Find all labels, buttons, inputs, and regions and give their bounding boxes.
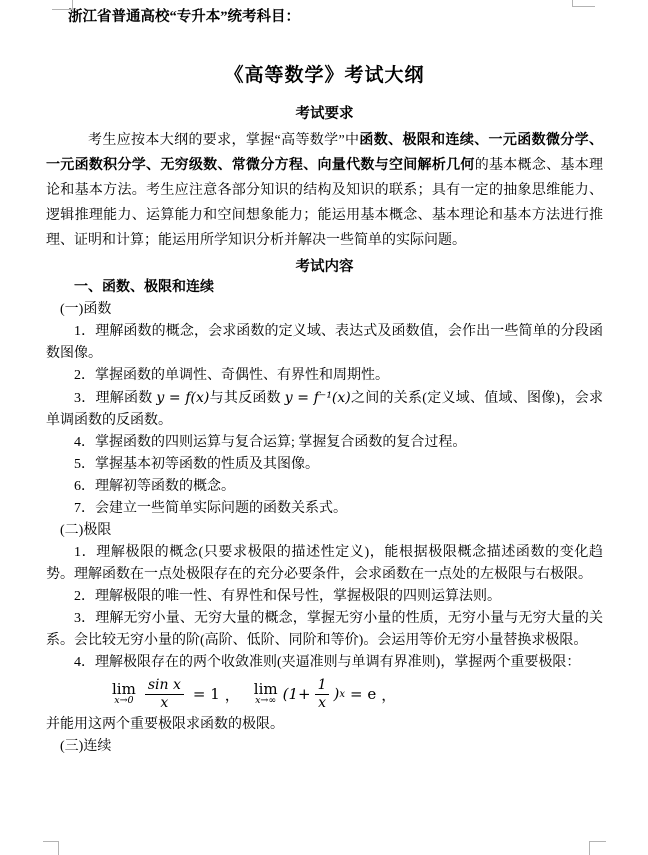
function-item-3-pre: 3．理解函数	[74, 391, 156, 406]
formula-end-comma: ，	[381, 684, 396, 705]
subsection-3-continuity-title: (三)连续	[46, 736, 603, 758]
limit-item-4: 4．理解极限存在的两个收敛准则(夹逼准则与单调有界准则)，掌握两个重要极限：	[46, 652, 603, 674]
lim-subscript-x-to-0: x→0	[114, 696, 133, 706]
open-paren-one-plus: (1+	[283, 685, 311, 703]
fraction-sinx-over-x: sin x x	[145, 677, 184, 711]
crop-mark-bottom-right	[589, 841, 606, 855]
crop-mark-top-left	[52, 0, 73, 10]
document-title: 《高等数学》考试大纲	[46, 62, 603, 90]
lim-subscript-x-to-infinity: x→∞	[255, 696, 276, 706]
inline-math-inverse-function: y = f⁻¹(x)	[285, 390, 351, 406]
function-item-1: 1．理解函数的概念，会求函数的定义域、表达式及函数值，会作出一些简单的分段函数图…	[46, 321, 603, 365]
requirements-paragraph: 考生应按本大纲的要求，掌握“高等数学”中函数、极限和连续、一元函数微分学、一元函…	[46, 128, 603, 253]
limit-item-1: 1．理解极限的概念(只要求极限的描述性定义)，能根据极限概念描述函数的变化趋势。…	[46, 542, 603, 586]
crop-mark-top-right	[572, 0, 595, 7]
limit-operator-2: lim x→∞	[254, 682, 278, 706]
function-item-3-mid: 与其反函数	[209, 391, 284, 406]
intro-segment-1: 考生应按本大纲的要求，掌握“高等数学”中	[88, 133, 359, 148]
chapter-1-title: 一、函数、极限和连续	[46, 277, 603, 299]
subsection-2-limit-title: (二)极限	[46, 520, 603, 542]
document-page: 浙江省普通高校“专升本”统考科目： 《高等数学》考试大纲 考试要求 考生应按本大…	[0, 0, 648, 855]
crop-mark-bottom-left	[43, 841, 59, 855]
function-item-4: 4．掌握函数的四则运算与复合运算; 掌握复合函数的复合过程。	[46, 432, 603, 454]
formula-separator: ，	[225, 684, 240, 705]
document-header: 浙江省普通高校“专升本”统考科目：	[68, 8, 603, 26]
limit-item-2: 2．理解极限的唯一性、有界性和保号性，掌握极限的四则运算法则。	[46, 586, 603, 608]
function-item-7: 7．会建立一些简单实际问题的函数关系式。	[46, 498, 603, 520]
lim-symbol: lim	[112, 682, 136, 696]
exponent-x: x	[339, 689, 345, 700]
function-item-3: 3．理解函数 y = f(x)与其反函数 y = f⁻¹(x)之间的关系(定义域…	[46, 387, 603, 432]
equals-one: = 1	[193, 685, 220, 703]
fraction-denominator: x	[160, 695, 168, 711]
function-item-6: 6．理解初等函数的概念。	[46, 476, 603, 498]
lim-symbol: lim	[254, 682, 278, 696]
content-heading: 考试内容	[46, 257, 603, 277]
limit-item-3: 3．理解无穷小量、无穷大量的概念，掌握无穷小量的性质，无穷小量与无穷大量的关系。…	[46, 608, 603, 652]
limit-operator-1: lim x→0	[112, 682, 136, 706]
fraction-one-over-x: 1 x	[315, 677, 330, 711]
fraction-numerator: 1	[315, 677, 330, 695]
function-item-5: 5．掌握基本初等函数的性质及其图像。	[46, 454, 603, 476]
after-formula-text: 并能用这两个重要极限求函数的极限。	[46, 714, 603, 736]
requirements-heading: 考试要求	[46, 104, 603, 124]
important-limits-formula: lim x→0 sin x x = 1 ， lim x→∞ (1+ 1 x )x…	[112, 674, 603, 714]
fraction-numerator: sin x	[145, 677, 184, 695]
equals-e: = e	[350, 685, 376, 703]
fraction-denominator: x	[318, 695, 326, 711]
subsection-1-function-title: (一)函数	[46, 299, 603, 321]
function-item-2: 2．掌握函数的单调性、奇偶性、有界性和周期性。	[46, 365, 603, 387]
inline-math-function: y = f(x)	[156, 390, 209, 406]
